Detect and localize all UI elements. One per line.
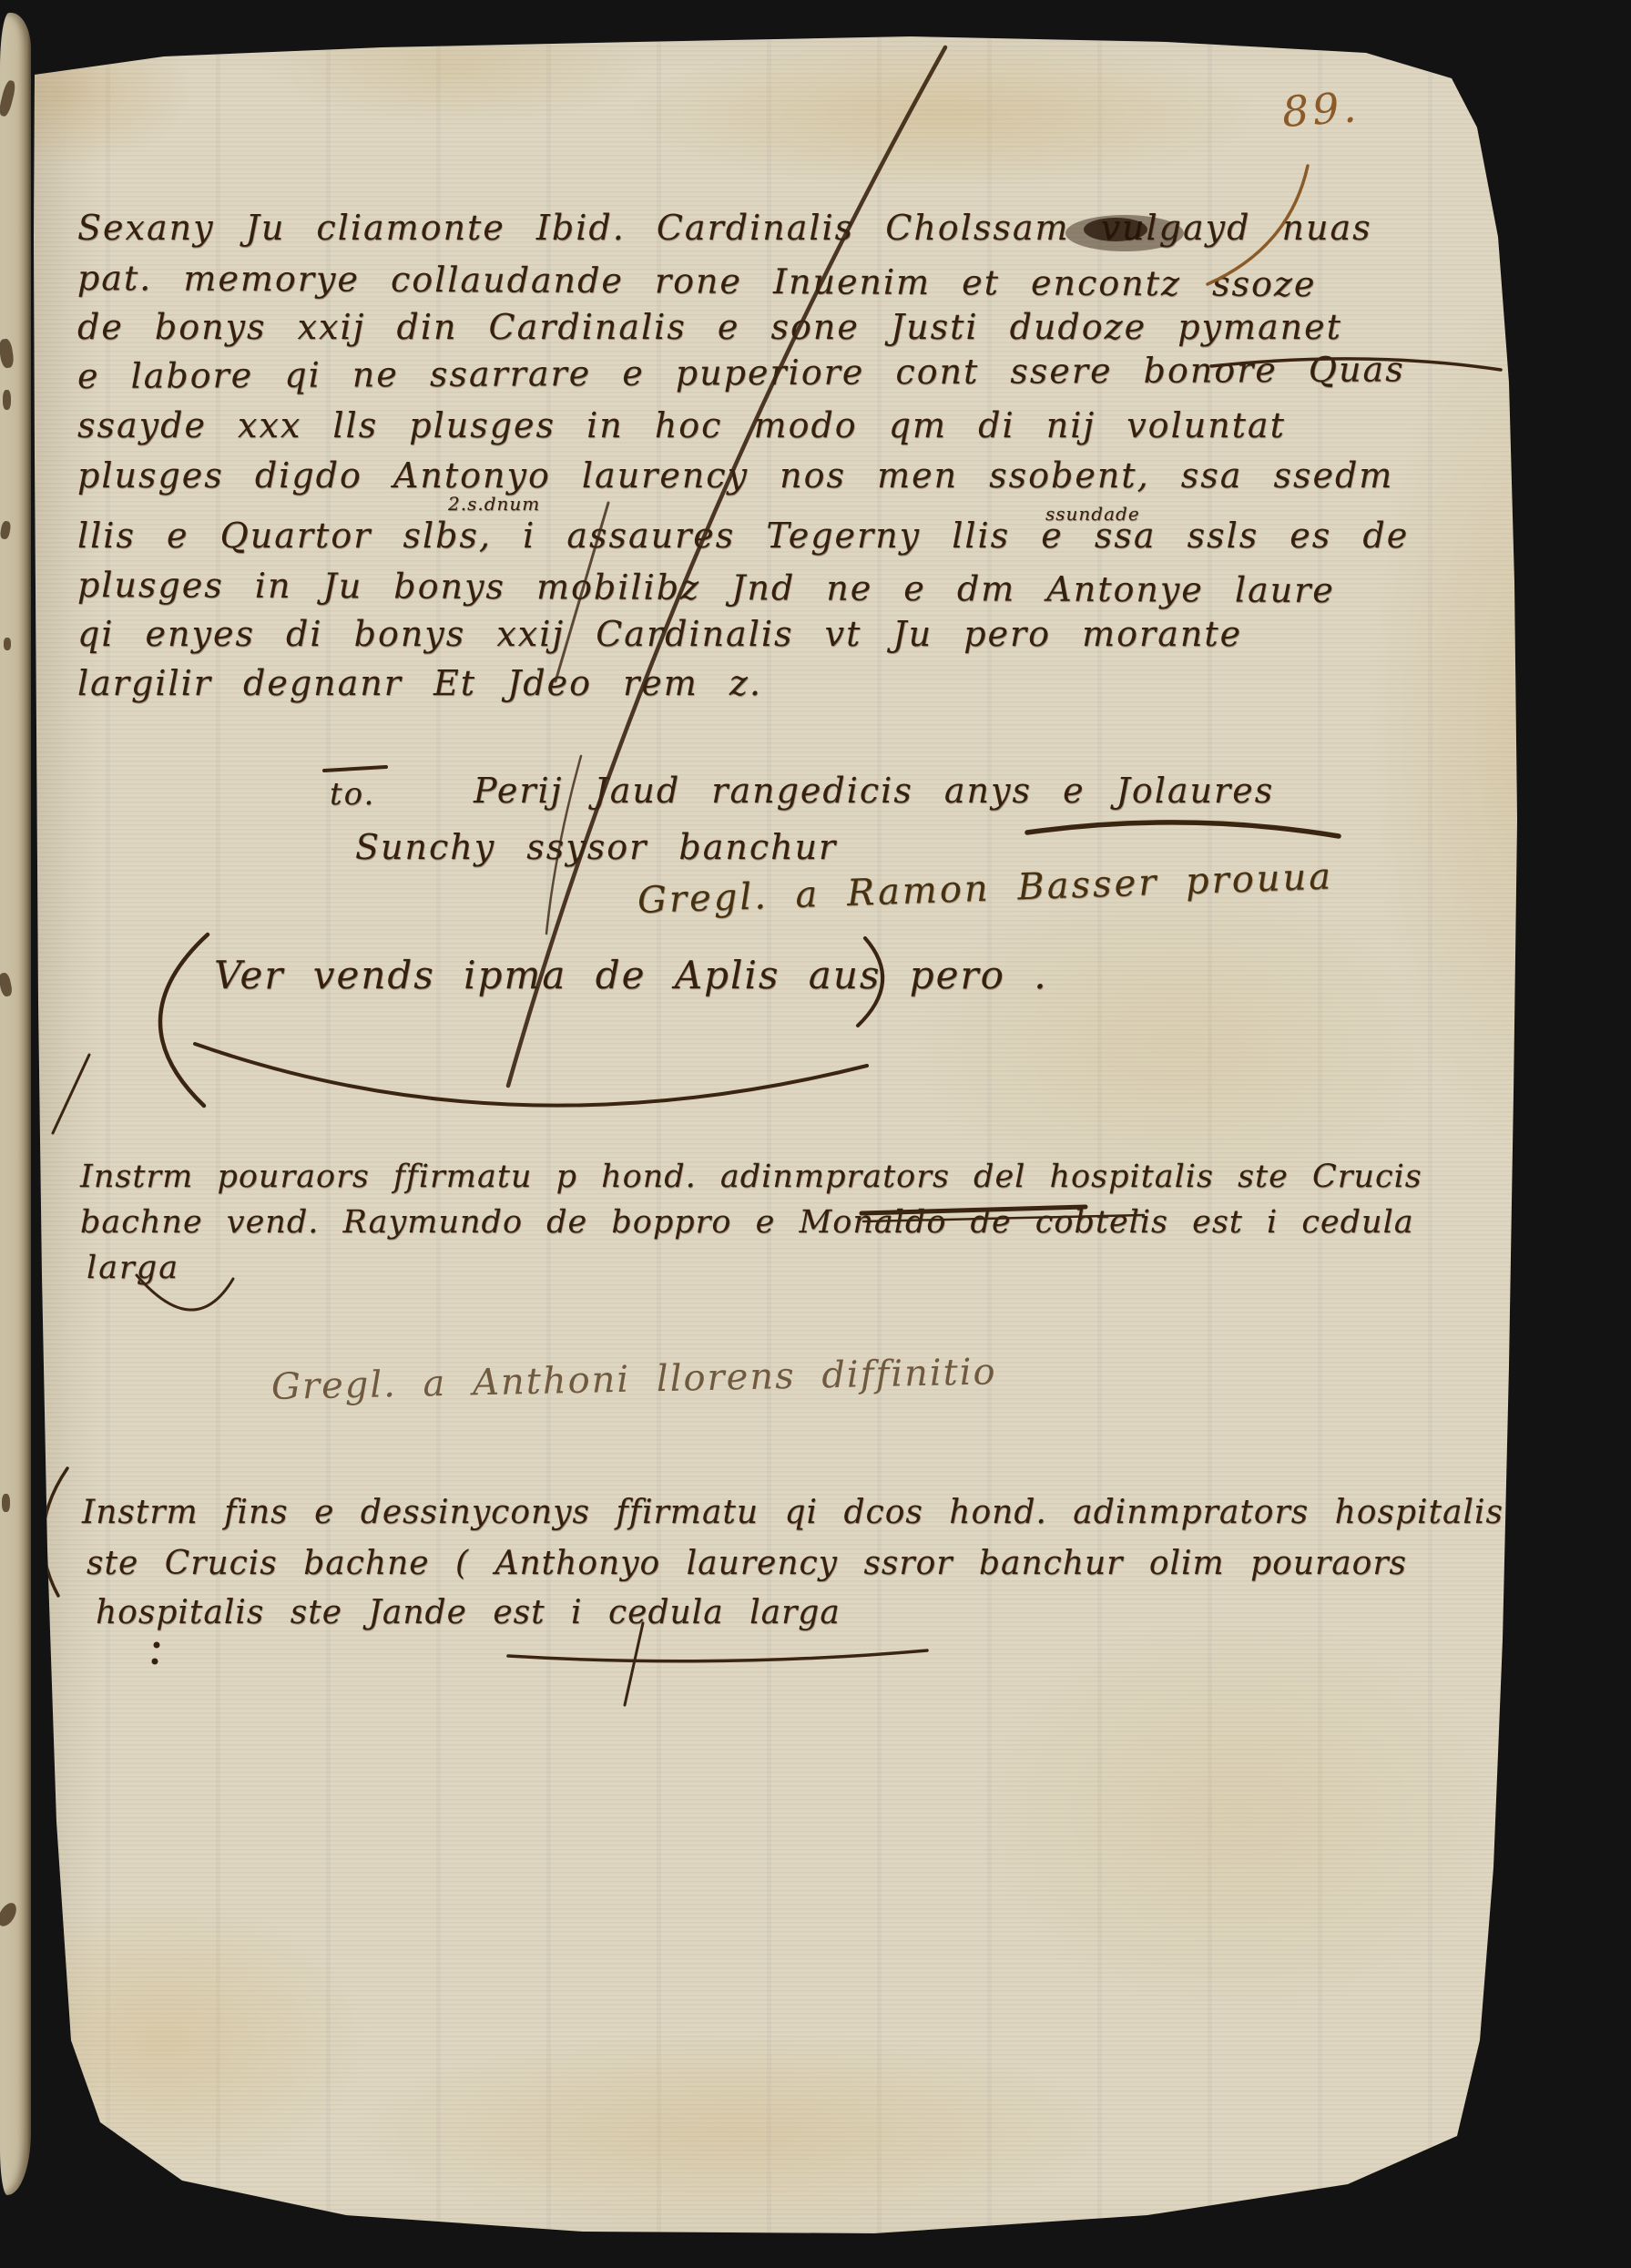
text-line: Sexany Ju cliamonte Ibid. Cardinalis Cho… [77,208,1372,248]
text-line: Instrm fins e dessinyconys ffirmatu qi d… [82,1494,1504,1531]
punctuation-dot [154,1642,160,1649]
ink-smudge [0,520,12,539]
descender-stroke [625,1623,643,1705]
ink-smudge [2,1494,10,1512]
margin-slash [53,1055,89,1133]
subscription-prefix: to. [330,776,375,812]
folio-number: 89. [1280,82,1361,137]
ink-smudge [0,79,17,117]
flourish-underline [195,1044,867,1106]
punctuation-dot [152,1659,158,1665]
interline-note: 2.s.dnum [448,493,540,515]
text-line: pat. memorye collaudande rone Inuenim et… [77,258,1317,304]
opening-bracket-stroke [160,935,208,1106]
sale-note: Ver vends ipma de Aplis aus pero . [214,953,1048,997]
interline-note: ssundade [1045,503,1140,525]
scanned-manuscript-background: 89. Sexany Ju cliamonte Ibid. Cardinalis… [0,0,1631,2268]
abbreviation-overline [324,767,386,771]
underline-stroke [508,1650,927,1661]
text-line: largilir degnanr Et Jdeo rem z. [77,663,762,703]
text-line: Instrm pouraors ffirmatu p hond. adinmpr… [80,1159,1422,1195]
ink-smudge [0,338,15,369]
previous-page-edge [0,13,31,2195]
ink-smudge [3,390,11,410]
ink-smudge [4,638,11,650]
text-line: de bonys xxij din Cardinalis e sone Just… [77,307,1342,347]
text-line: Sunchy ssysor banchur [355,827,837,867]
text-line: larga [87,1250,179,1286]
text-line: plusges in Ju bonys mobilibz Jnd ne e dm… [77,565,1335,610]
text-line: llis e Quartor slbs, i assaures Tegerny … [77,516,1409,556]
ink-smudge [0,1900,20,1929]
flourish-stroke [1027,822,1339,836]
text-line: Perij Jaud rangedicis anys e Jolaures [474,771,1274,811]
text-line: hospitalis ste Jande est i cedula larga [96,1594,841,1631]
text-line: ssayde xxx lls plusges in hoc modo qm di… [77,405,1286,445]
text-line: qi enyes di bonys xxij Cardinalis vt Ju … [77,614,1242,654]
text-line: plusges digdo Antonyo laurency nos men s… [77,455,1393,495]
text-line: e labore qi ne ssarrare e puperiore cont… [77,349,1405,396]
text-line: ste Crucis bachne ( Anthonyo laurency ss… [87,1545,1407,1582]
heading-line: Gregl. a Anthoni llorens diffinitio [271,1351,998,1408]
manuscript-page: 89. Sexany Ju cliamonte Ibid. Cardinalis… [0,0,1631,2268]
margin-bracket-stroke [43,1468,67,1596]
ink-smudge [0,972,14,997]
text-line: bachne vend. Raymundo de boppro e Monald… [80,1204,1414,1241]
